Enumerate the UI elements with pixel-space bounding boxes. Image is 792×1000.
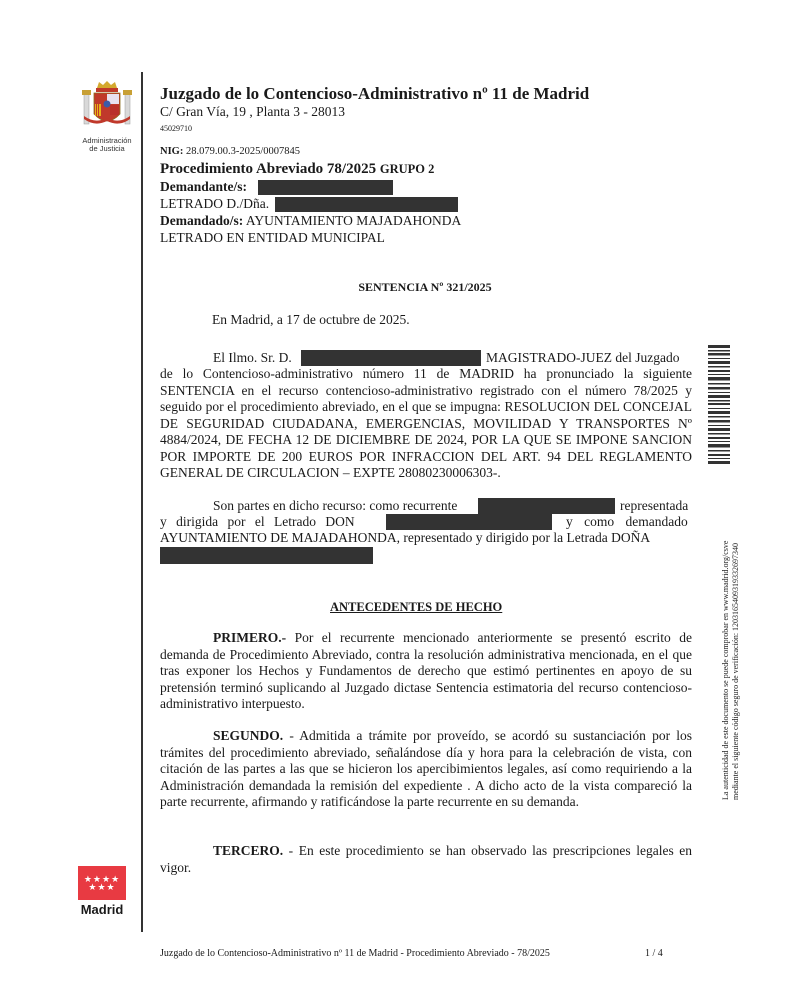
justicia-logo: Administración de Justicia: [72, 80, 142, 153]
antecedente-segundo: SEGUNDO. - Admitida a trámite por proveí…: [160, 728, 692, 811]
redacted-letrado: [275, 197, 458, 212]
letrado-entidad: LETRADO EN ENTIDAD MUNICIPAL: [160, 229, 385, 246]
intro-after: MAGISTRADO-JUEZ del Juzgado: [486, 350, 679, 366]
madrid-flag-icon: ★★★★★★★: [78, 866, 126, 900]
antecedente-tercero: TERCERO. - En este procedimiento se han …: [160, 843, 692, 876]
sentence-title: SENTENCIA Nº 321/2025: [0, 280, 792, 295]
redacted-demandante: [258, 180, 393, 195]
barcode-icon: [708, 345, 730, 465]
intro-paragraph: de lo Contencioso-administrativo número …: [160, 366, 692, 482]
redacted-letrada-dona: [160, 547, 373, 564]
coat-of-arms-icon: [81, 80, 133, 132]
procedure-group: GRUPO 2: [380, 162, 435, 176]
procedure-number: Procedimiento Abreviado 78/2025: [160, 161, 376, 177]
letrado-label: LETRADO D./Dña.: [160, 196, 269, 211]
demandante-label: Demandante/s:: [160, 179, 247, 194]
verification-line-2: mediante el siguiente código seguro de v…: [731, 543, 740, 800]
antecedente-primero: PRIMERO.- Por el recurrente mencionado a…: [160, 630, 692, 713]
demandado-label: Demandado/s:: [160, 213, 243, 228]
partes-line3: AYUNTAMIENTO DE MAJADAHONDA, representad…: [160, 530, 650, 546]
madrid-label: Madrid: [76, 902, 128, 917]
partes-line2-end: y como demandado: [566, 514, 688, 530]
madrid-logo: ★★★★★★★ Madrid: [76, 866, 128, 917]
court-address: C/ Gran Vía, 19 , Planta 3 - 28013: [160, 104, 345, 120]
date-line: En Madrid, a 17 de octubre de 2025.: [212, 312, 410, 328]
redacted-letrado-don: [386, 514, 552, 530]
court-title: Juzgado de lo Contencioso-Administrativo…: [160, 84, 589, 104]
court-code: 45029710: [160, 124, 192, 133]
nig-line: NIG: 28.079.00.3-2025/0007845: [160, 146, 300, 157]
nig-label: NIG:: [160, 146, 183, 157]
procedure-line: Procedimiento Abreviado 78/2025 GRUPO 2: [160, 161, 434, 178]
left-margin-rule: [141, 72, 143, 932]
demandado-value: AYUNTAMIENTO MAJADAHONDA: [246, 213, 461, 228]
redacted-judge: [301, 350, 481, 366]
tercero-label: TERCERO.: [213, 843, 283, 858]
page-number: 1 / 4: [645, 948, 663, 959]
verification-line-1: La autenticidad de este documento se pue…: [721, 541, 730, 800]
justicia-label-2: de Justicia: [72, 145, 142, 153]
redacted-recurrente: [478, 498, 615, 514]
partes-start: Son partes en dicho recurso: como recurr…: [213, 498, 457, 514]
intro-start: El Ilmo. Sr. D.: [213, 350, 292, 366]
demandado-line: Demandado/s: AYUNTAMIENTO MAJADAHONDA: [160, 212, 461, 229]
antecedentes-heading: ANTECEDENTES DE HECHO: [330, 600, 502, 615]
segundo-label: SEGUNDO.: [213, 728, 283, 743]
page-footer: Juzgado de lo Contencioso-Administrativo…: [160, 948, 550, 959]
partes-line2-start: y dirigida por el Letrado DON: [160, 514, 355, 530]
partes-repr: representada: [620, 498, 688, 514]
primero-label: PRIMERO.-: [213, 630, 286, 645]
letrado-line: LETRADO D./Dña.: [160, 195, 269, 212]
nig-value: 28.079.00.3-2025/0007845: [186, 146, 300, 157]
demandante-line: Demandante/s:: [160, 178, 247, 195]
